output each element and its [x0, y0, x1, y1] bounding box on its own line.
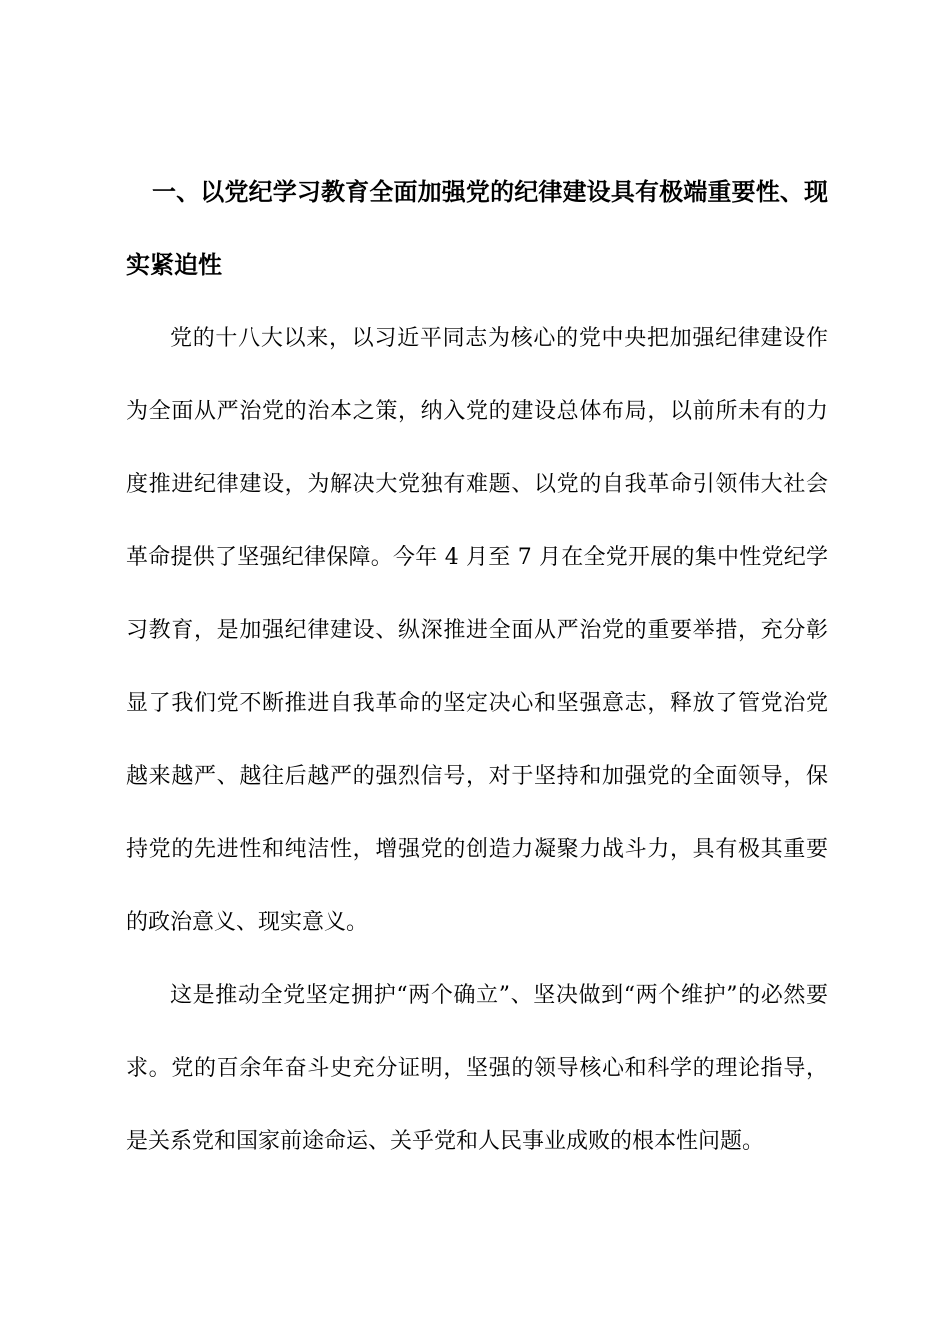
section-heading: 一、以党纪学习教育全面加强党的纪律建设具有极端重要性、现实紧迫性 — [126, 156, 828, 302]
paragraph-1: 党的十八大以来，以习近平同志为核心的党中央把加强纪律建设作为全面从严治党的治本之… — [126, 302, 828, 959]
paragraph-2: 这是推动全党坚定拥护“两个确立”、坚决做到“两个维护”的必然要求。党的百余年奋斗… — [126, 959, 828, 1178]
document-page: 一、以党纪学习教育全面加强党的纪律建设具有极端重要性、现实紧迫性 党的十八大以来… — [0, 0, 950, 1344]
